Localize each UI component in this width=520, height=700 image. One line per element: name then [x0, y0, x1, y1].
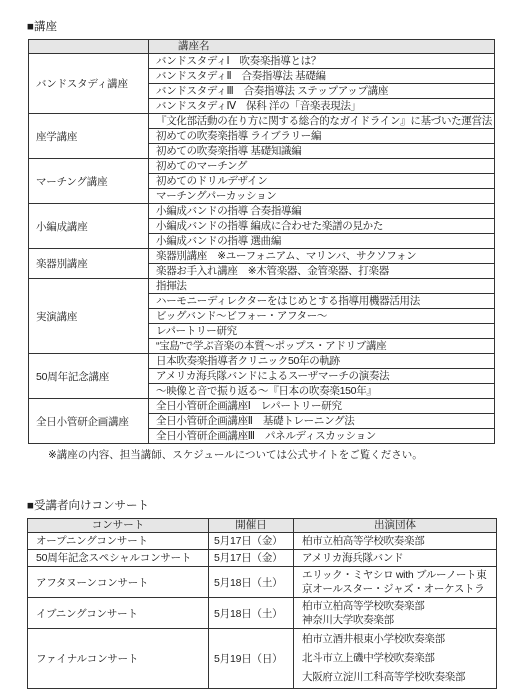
concert-performers: エリック・ミヤシロ with ブルーノート東京オールスター・ジャズ・オーケストラ	[294, 567, 497, 598]
course-name: アメリカ海兵隊バンドによるスーザマーチの演奏法	[149, 369, 495, 384]
concert-date: 5月19日（日）	[209, 629, 294, 689]
concert-name: ファイナルコンサート	[28, 629, 209, 689]
course-name: ～映像と音で振り返る～『日本の吹奏楽150年』	[149, 384, 495, 399]
course-category: マーチング講座	[29, 159, 149, 204]
course-name: ビッグバンド～ビフォー・アフター～	[149, 309, 495, 324]
course-name: 初めての吹奏楽指導 ライブラリー編	[149, 129, 495, 144]
concert-performers: 柏市立柏高等学校吹奏楽部神奈川大学吹奏楽部	[294, 598, 497, 629]
concert-row: オープニングコンサート5月17日（金）柏市立柏高等学校吹奏楽部	[28, 533, 497, 550]
course-name: 全日小管研企画講座Ⅲ パネルディスカッション	[149, 429, 495, 444]
course-row: 楽器別講座楽器別講座 ※ユーフォニアム、マリンバ、サクソフォン	[29, 249, 495, 264]
concert-name: アフタヌーンコンサート	[28, 567, 209, 598]
concert-date: 5月17日（金）	[209, 550, 294, 567]
course-name: ハーモニーディレクターをはじめとする指導用機器活用法	[149, 294, 495, 309]
course-table: 講座名バンドスタディ講座バンドスタディⅠ 吹奏楽指導とは？バンドスタディⅡ 合奏…	[28, 39, 495, 444]
course-name: 小編成バンドの指導 合奏指導編	[149, 204, 495, 219]
course-row: バンドスタディ講座バンドスタディⅠ 吹奏楽指導とは？	[29, 54, 495, 69]
course-name: 小編成バンドの指導 編成に合わせた楽譜の見かた	[149, 219, 495, 234]
concert-name: 50周年記念スペシャルコンサート	[28, 550, 209, 567]
concert-date: 5月18日（土）	[209, 598, 294, 629]
course-name: 小編成バンドの指導 選曲編	[149, 234, 495, 249]
performer: アメリカ海兵隊バンド	[302, 551, 494, 565]
course-category: 楽器別講座	[29, 249, 149, 279]
performer: 神奈川大学吹奏楽部	[302, 613, 494, 627]
course-row: 実演講座指揮法	[29, 279, 495, 294]
concert-date: 5月17日（金）	[209, 533, 294, 550]
concert-row: 50周年記念スペシャルコンサート5月17日（金）アメリカ海兵隊バンド	[28, 550, 497, 567]
course-category: 小編成講座	[29, 204, 149, 249]
course-category: 座学講座	[29, 114, 149, 159]
course-name: バンドスタディⅡ 合奏指導法 基礎編	[149, 69, 495, 84]
concert-row: イブニングコンサート5月18日（土）柏市立柏高等学校吹奏楽部神奈川大学吹奏楽部	[28, 598, 497, 629]
course-category: 50周年記念講座	[29, 354, 149, 399]
concert-table: コンサート開催日出演団体オープニングコンサート5月17日（金）柏市立柏高等学校吹…	[27, 518, 497, 689]
course-name: 全日小管研企画講座Ⅱ 基礎トレーニング法	[149, 414, 495, 429]
course-name: 初めてのマーチング	[149, 159, 495, 174]
course-category: 全日小管研企画講座	[29, 399, 149, 444]
document-page: ■講座 講座名バンドスタディ講座バンドスタディⅠ 吹奏楽指導とは？バンドスタディ…	[0, 0, 520, 700]
concert-performers: 柏市立柏高等学校吹奏楽部	[294, 533, 497, 550]
course-row: 50周年記念講座日本吹奏楽指導者クリニック50年の軌跡	[29, 354, 495, 369]
concert-header-row: コンサート開催日出演団体	[28, 519, 497, 533]
course-name: “宝島”で学ぶ音楽の本質～ポップス・アドリブ講座	[149, 339, 495, 354]
course-name: 初めての吹奏楽指導 基礎知識編	[149, 144, 495, 159]
concert-header-performers: 出演団体	[294, 519, 497, 533]
course-category: バンドスタディ講座	[29, 54, 149, 114]
performer: 柏市立柏高等学校吹奏楽部	[302, 534, 494, 548]
concert-name: オープニングコンサート	[28, 533, 209, 550]
section-title-courses: ■講座	[27, 21, 57, 34]
course-name: 楽器お手入れ講座 ※木管楽器、金管楽器、打楽器	[149, 264, 495, 279]
course-row: 小編成講座小編成バンドの指導 合奏指導編	[29, 204, 495, 219]
course-name: 指揮法	[149, 279, 495, 294]
performer: 柏市立酒井根東小学校吹奏楽部	[302, 630, 494, 649]
course-name: バンドスタディⅠ 吹奏楽指導とは？	[149, 54, 495, 69]
course-header-name: 講座名	[149, 40, 495, 54]
concert-performers: 柏市立酒井根東小学校吹奏楽部北斗市立上磯中学校吹奏楽部大阪府立淀川工科高等学校吹…	[294, 629, 497, 689]
course-name: バンドスタディⅣ 保科 洋の「音楽表現法」	[149, 99, 495, 114]
course-row: マーチング講座初めてのマーチング	[29, 159, 495, 174]
course-name: バンドスタディⅢ 合奏指導法 ステップアップ講座	[149, 84, 495, 99]
concert-performers: アメリカ海兵隊バンド	[294, 550, 497, 567]
course-name: 初めてのドリルデザイン	[149, 174, 495, 189]
course-category: 実演講座	[29, 279, 149, 354]
concert-header-name: コンサート	[28, 519, 209, 533]
concert-row: アフタヌーンコンサート5月18日（土）エリック・ミヤシロ with ブルーノート…	[28, 567, 497, 598]
performer: 柏市立柏高等学校吹奏楽部	[302, 599, 494, 613]
concert-name: イブニングコンサート	[28, 598, 209, 629]
concert-date: 5月18日（土）	[209, 567, 294, 598]
course-header-row: 講座名	[29, 40, 495, 54]
course-note: ※講座の内容、担当講師、スケジュールについては公式サイトをご覧ください。	[48, 447, 423, 462]
concert-header-date: 開催日	[209, 519, 294, 533]
course-name: マーチングパーカッション	[149, 189, 495, 204]
course-name: レパートリー研究	[149, 324, 495, 339]
course-name: 『文化部活動の在り方に関する総合的なガイドライン』に基づいた運営法	[149, 114, 495, 129]
course-header-category	[29, 40, 149, 54]
course-name: 日本吹奏楽指導者クリニック50年の軌跡	[149, 354, 495, 369]
course-row: 全日小管研企画講座全日小管研企画講座Ⅰ レパートリー研究	[29, 399, 495, 414]
concert-row: ファイナルコンサート5月19日（日）柏市立酒井根東小学校吹奏楽部北斗市立上磯中学…	[28, 629, 497, 689]
section-title-concerts: ■受講者向けコンサート	[27, 500, 149, 513]
course-name: 楽器別講座 ※ユーフォニアム、マリンバ、サクソフォン	[149, 249, 495, 264]
performer: エリック・ミヤシロ with ブルーノート東京オールスター・ジャズ・オーケストラ	[302, 568, 494, 596]
course-row: 座学講座『文化部活動の在り方に関する総合的なガイドライン』に基づいた運営法	[29, 114, 495, 129]
performer: 大阪府立淀川工科高等学校吹奏楽部	[302, 668, 494, 687]
performer: 北斗市立上磯中学校吹奏楽部	[302, 649, 494, 668]
course-name: 全日小管研企画講座Ⅰ レパートリー研究	[149, 399, 495, 414]
